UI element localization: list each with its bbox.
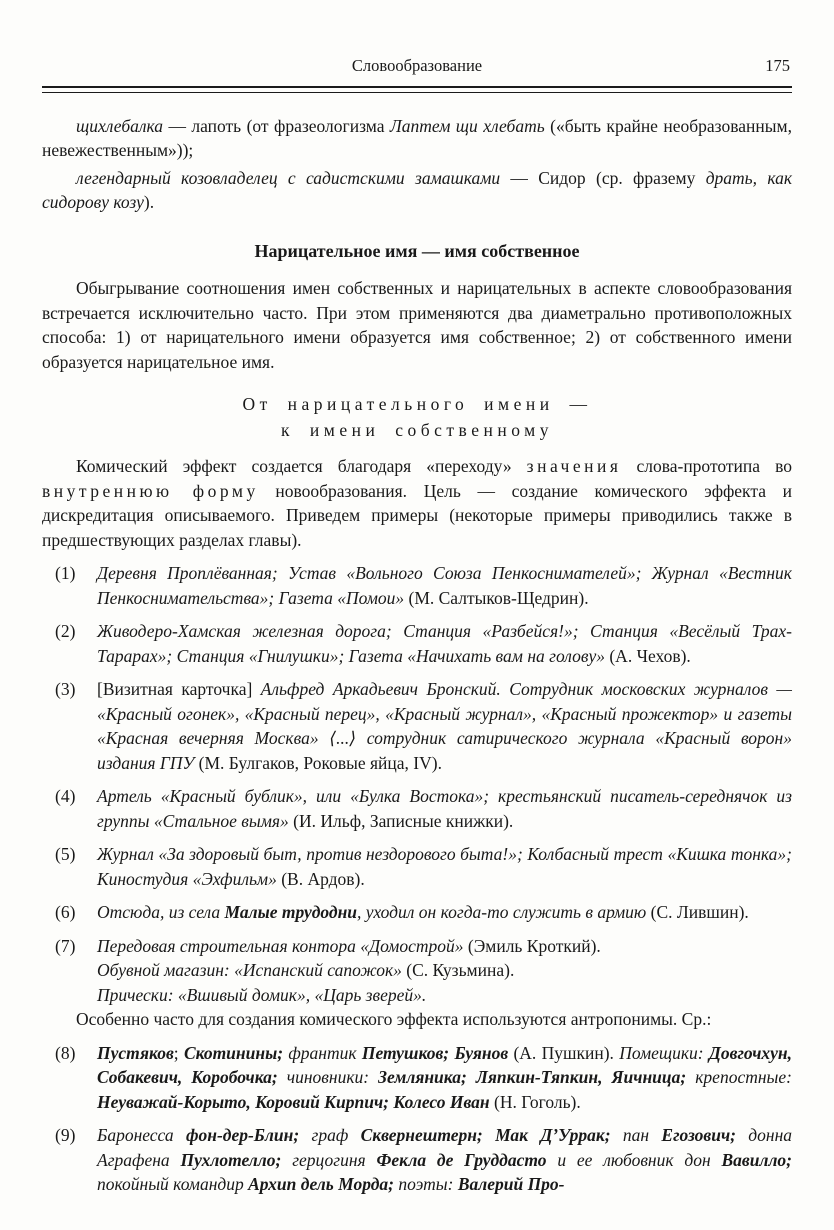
text-run: (С. Лившин). (651, 902, 749, 922)
text-run: Отсюда, из села (97, 902, 225, 922)
text-run: Сквернештерн; (361, 1125, 483, 1145)
text-run: Особенно часто для создания комического … (76, 1009, 711, 1029)
text-run: Прически: «Вшивый домик», «Царь зверей». (97, 985, 426, 1005)
text-run: фон-дер-Блин; (186, 1125, 299, 1145)
running-head-title: Словообразование (352, 56, 482, 75)
section-heading: Нарицательное имя — имя собственное (42, 239, 792, 264)
text-run: Обыгрывание соотношения имен собственных… (42, 278, 792, 372)
text-run: и ее любовник дон (547, 1150, 722, 1170)
text-run: [Визитная карточка] (97, 679, 261, 699)
text-run: ; (174, 1043, 184, 1063)
text-run: Обувной магазин: «Испанский сапожок» (97, 960, 406, 980)
text-run: значения (527, 456, 622, 476)
list-item-number: (9) (55, 1123, 75, 1148)
book-page: Словообразование 175 щихлебалка — лапоть… (0, 0, 834, 1230)
text-run: (И. Ильф, Записные книжки). (293, 811, 513, 831)
text-run: покойный командир (97, 1174, 248, 1194)
text-run: Петушков; (362, 1043, 449, 1063)
text-run: (А. Пушкин). (508, 1043, 619, 1063)
text-run: крепостные: (686, 1067, 792, 1087)
text-run: Архип дель Морда; (248, 1174, 394, 1194)
text-run: поэты: (394, 1174, 458, 1194)
list-item: (7)Передовая строительная контора «Домос… (42, 934, 792, 1008)
list-item-text: Передовая строительная контора «Домостро… (97, 936, 601, 1005)
paragraph: щихлебалка — лапоть (от фразеологизма Ла… (42, 114, 792, 163)
text-run: Пухлотелло; (180, 1150, 281, 1170)
paragraph: Особенно часто для создания комического … (42, 1007, 792, 1032)
list-item: (6)Отсюда, из села Малые трудодни, уходи… (42, 900, 792, 925)
text-run: (Н. Гоголь). (490, 1092, 581, 1112)
list-item-text: Артель «Красный бублик», или «Булка Вост… (97, 786, 792, 831)
list-item-number: (3) (55, 677, 75, 702)
text-run: Вавилло; (721, 1150, 792, 1170)
list-item-number: (1) (55, 561, 75, 586)
paragraph: Обыгрывание соотношения имен собственных… (42, 276, 792, 374)
text-run: (А. Чехов). (609, 646, 690, 666)
text-run: Пустяков (97, 1043, 174, 1063)
list-item: (3)[Визитная карточка] Альфред Аркадьеви… (42, 677, 792, 775)
text-run: — лапоть (от фразеологизма (163, 116, 390, 136)
text-run: легендарный козовладелец с садистскими з… (76, 168, 500, 188)
text-run: Баронесса (97, 1125, 186, 1145)
list-item: (9)Баронесса фон-дер-Блин; граф Сквернеш… (42, 1123, 792, 1197)
text-run: Скотинины; (184, 1043, 283, 1063)
heading-line: От нарицательного имени — (242, 394, 591, 414)
list-item-text: Баронесса фон-дер-Блин; граф Сквернештер… (97, 1125, 792, 1194)
list-item-number: (2) (55, 619, 75, 644)
list-item: (5)Журнал «За здоровый быт, против нездо… (42, 842, 792, 891)
header-rule (42, 86, 792, 93)
text-run: франтик (283, 1043, 362, 1063)
text-run: Земляника; Ляпкин-Тяпкин, Яичница; (378, 1067, 686, 1087)
text-run: Журнал «За здоровый быт, против нездоров… (97, 844, 792, 889)
text-run: Егозович; (661, 1125, 736, 1145)
list-item-text: Живодеро-Хамская железная дорога; Станци… (97, 621, 792, 666)
list-item-number: (5) (55, 842, 75, 867)
list-item-text: [Визитная карточка] Альфред Аркадьевич Б… (97, 679, 792, 773)
text-run: граф (299, 1125, 360, 1145)
text-run: (М. Салтыков-Щедрин). (409, 588, 589, 608)
text-run (483, 1125, 495, 1145)
text-run: щихлебалка (76, 116, 163, 136)
text-run: , уходил он когда-то служить в армию (357, 902, 651, 922)
heading-line: к имени собственному (281, 420, 553, 440)
list-item-number: (7) (55, 934, 75, 959)
list-item: (2)Живодеро-Хамская железная дорога; Ста… (42, 619, 792, 668)
text-run: — Сидор (ср. фразему (500, 168, 706, 188)
list-item-text: Деревня Проплёванная; Устав «Вольного Со… (97, 563, 792, 608)
text-run: Передовая строительная контора «Домостро… (97, 936, 468, 956)
list-item-text: Журнал «За здоровый быт, против нездоров… (97, 844, 792, 889)
text-run: (Эмиль Кроткий). (468, 936, 601, 956)
list-item: (4)Артель «Красный бублик», или «Булка В… (42, 784, 792, 833)
text-run: ). (144, 192, 154, 212)
text-run: (С. Кузьмина). (406, 960, 514, 980)
document-body: щихлебалка — лапоть (от фразеологизма Ла… (42, 114, 792, 1197)
text-run: Комический эффект создается благодаря «п… (76, 456, 527, 476)
list-item: (8)Пустяков; Скотинины; франтик Петушков… (42, 1041, 792, 1115)
text-run: Помещики: (619, 1043, 709, 1063)
running-head: Словообразование 175 (42, 54, 792, 86)
paragraph: Комический эффект создается благодаря «п… (42, 454, 792, 552)
list-item-number: (8) (55, 1041, 75, 1066)
text-run: (В. Ардов). (281, 869, 365, 889)
list-item-text: Отсюда, из села Малые трудодни, уходил о… (97, 902, 749, 922)
paragraph: легендарный козовладелец с садистскими з… (42, 166, 792, 215)
list-item-number: (6) (55, 900, 75, 925)
text-run: (М. Булгаков, Роковые яйца, IV). (199, 753, 442, 773)
text-run: Малые трудодни (225, 902, 358, 922)
list-item: (1)Деревня Проплёванная; Устав «Вольного… (42, 561, 792, 610)
text-run: чиновники: (278, 1067, 378, 1087)
text-run: Буянов (454, 1043, 508, 1063)
text-run: пан (611, 1125, 662, 1145)
subsection-heading: От нарицательного имени —к имени собстве… (42, 391, 792, 443)
text-run: Валерий Про- (458, 1174, 565, 1194)
text-run: Фекла де Груддасто (376, 1150, 546, 1170)
text-run: Лаптем щи хлебать (390, 116, 545, 136)
text-run: внутреннюю форму (42, 481, 259, 501)
list-item-text: Пустяков; Скотинины; франтик Петушков; Б… (97, 1043, 792, 1112)
text-run: слова-прототипа во (621, 456, 792, 476)
page-number: 175 (765, 54, 790, 79)
text-run: Неуважай-Корыто, Коровий Кирпич; Колесо … (97, 1092, 490, 1112)
text-run: герцогиня (281, 1150, 376, 1170)
text-run: Мак Д’Уррак; (495, 1125, 610, 1145)
list-item-number: (4) (55, 784, 75, 809)
